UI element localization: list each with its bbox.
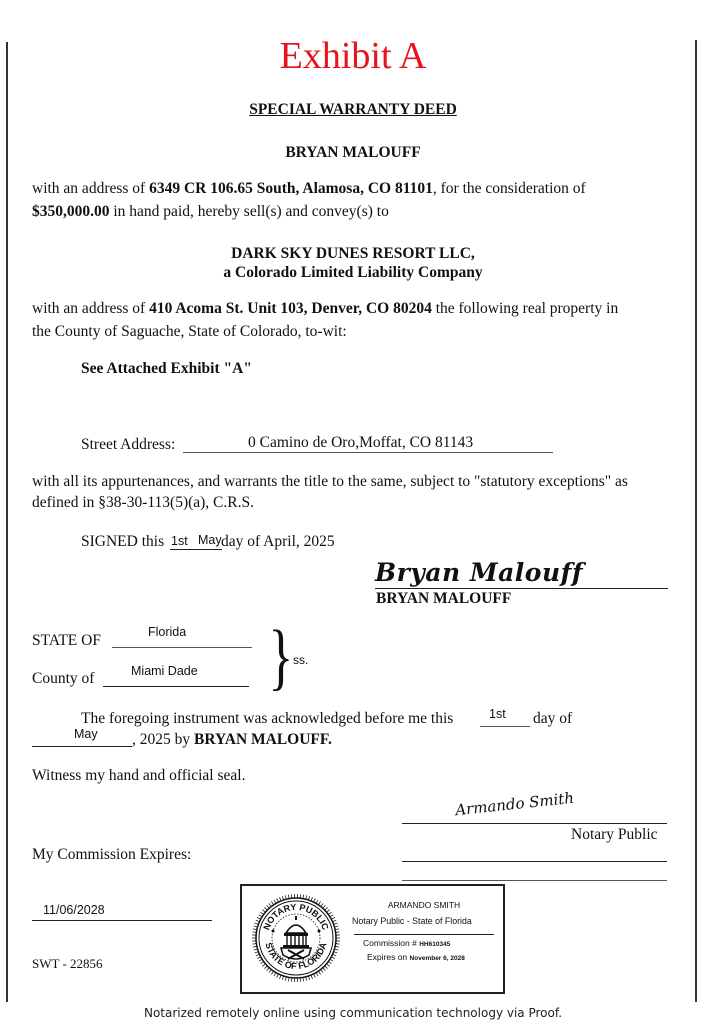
grantee-clause-suffix: the following real property in — [432, 300, 618, 317]
grantor-printed-name: BRYAN MALOUFF — [376, 590, 511, 608]
signed-prefix: SIGNED this — [81, 533, 164, 550]
ack-year-line: , 2025 by BRYAN MALOUFF. — [132, 731, 332, 749]
ack-name: BRYAN MALOUFF. — [194, 731, 332, 748]
street-address-underline — [183, 452, 553, 453]
deed-title-text: SPECIAL WARRANTY DEED — [249, 101, 457, 118]
page-border-left — [6, 42, 8, 1002]
state-underline — [112, 647, 252, 648]
seal-commission: Commission # HH610345 — [363, 938, 450, 948]
ack-day-value: 1st — [489, 707, 506, 721]
consideration-amount: $350,000.00 — [32, 203, 110, 220]
seal-notary-name: ARMANDO SMITH — [354, 900, 494, 910]
seal-expires-date: November 6, 2028 — [410, 955, 465, 962]
appurtenances-line1: with all its appurtenances, and warrants… — [32, 473, 628, 491]
signed-month-fill: May — [198, 533, 222, 547]
grantee-address: 410 Acoma St. Unit 103, Denver, CO 80204 — [149, 300, 432, 317]
witness-text: Witness my hand and official seal. — [32, 767, 245, 785]
seal-expires: Expires on November 6, 2028 — [367, 952, 465, 962]
ack-year-text: , 2025 by — [132, 731, 194, 748]
commission-expiry-underline — [32, 920, 212, 921]
ack-day-suffix: day of — [533, 710, 572, 728]
exhibit-reference: See Attached Exhibit "A" — [81, 360, 252, 378]
grantee-entity-type: a Colorado Limited Liability Company — [0, 264, 706, 282]
ss-label: ss. — [293, 653, 308, 667]
county-label: County of — [32, 670, 94, 688]
grantee-clause-line2: the County of Saguache, State of Colorad… — [32, 323, 347, 341]
county-underline — [103, 686, 249, 687]
signed-day-fill: 1st — [171, 534, 188, 548]
commission-label: My Commission Expires: — [32, 846, 191, 864]
grantor-signature: Bryan Malouff — [375, 558, 583, 587]
page-border-right — [695, 40, 697, 1002]
notary-signature: Armando Smith — [454, 789, 574, 819]
seal-notary-title: Notary Public - State of Florida — [352, 916, 472, 926]
street-address-label: Street Address: — [81, 436, 175, 454]
seal-expires-label: Expires on — [367, 952, 407, 962]
grantor-signature-line — [375, 588, 668, 589]
grantor-clause-line1: with an address of 6349 CR 106.65 South,… — [32, 180, 586, 198]
grantor-clause-suffix: , for the consideration of — [433, 180, 586, 197]
ss-brace: } — [268, 620, 293, 694]
grantee-clause-line1: with an address of 410 Acoma St. Unit 10… — [32, 300, 618, 318]
florida-notary-seal-icon: NOTARY PUBLIC STATE OF FLORIDA — [251, 893, 341, 983]
grantor-address: 6349 CR 106.65 South, Alamosa, CO 81101 — [149, 180, 433, 197]
grantor-clause-prefix: with an address of — [32, 180, 149, 197]
grantor-clause-line2: $350,000.00 in hand paid, hereby sell(s)… — [32, 203, 389, 221]
acknowledgment-prefix: The foregoing instrument was acknowledge… — [81, 710, 453, 728]
notary-seal-stamp: NOTARY PUBLIC STATE OF FLORIDA ARMANDO S… — [240, 884, 505, 994]
commission-expiry: 11/06/2028 — [43, 903, 105, 917]
notary-line-3 — [402, 880, 667, 881]
ack-day-underline — [480, 726, 530, 727]
notary-public-label: Notary Public — [571, 826, 658, 844]
county-value: Miami Dade — [131, 664, 198, 678]
street-address-value: 0 Camino de Oro,Moffat, CO 81143 — [248, 434, 473, 452]
appurtenances-line2: defined in §38-30-113(5)(a), C.R.S. — [32, 494, 254, 512]
ack-month-value: May — [74, 727, 98, 741]
grantee-clause-prefix: with an address of — [32, 300, 149, 317]
grantor-name: BRYAN MALOUFF — [0, 144, 706, 162]
seal-divider — [354, 934, 494, 935]
signed-line: SIGNED this — [81, 533, 164, 551]
remote-notarization-footer: Notarized remotely online using communic… — [0, 1006, 706, 1020]
deed-title: SPECIAL WARRANTY DEED — [0, 101, 706, 119]
grantee-name: DARK SKY DUNES RESORT LLC, — [0, 245, 706, 263]
state-value: Florida — [148, 625, 186, 639]
exhibit-label: Exhibit A — [0, 34, 706, 78]
signed-suffix: day of April, 2025 — [221, 533, 335, 551]
ack-month-underline — [32, 746, 132, 747]
signed-date-underline — [170, 549, 222, 550]
document-code: SWT - 22856 — [32, 956, 103, 972]
grantor-clause-after-amount: in hand paid, hereby sell(s) and convey(… — [110, 203, 389, 220]
seal-commission-number: HH610345 — [419, 941, 450, 948]
notary-signature-line — [402, 823, 667, 824]
notary-line-2 — [402, 861, 667, 862]
state-label: STATE OF — [32, 632, 101, 650]
seal-commission-label: Commission # — [363, 938, 417, 948]
